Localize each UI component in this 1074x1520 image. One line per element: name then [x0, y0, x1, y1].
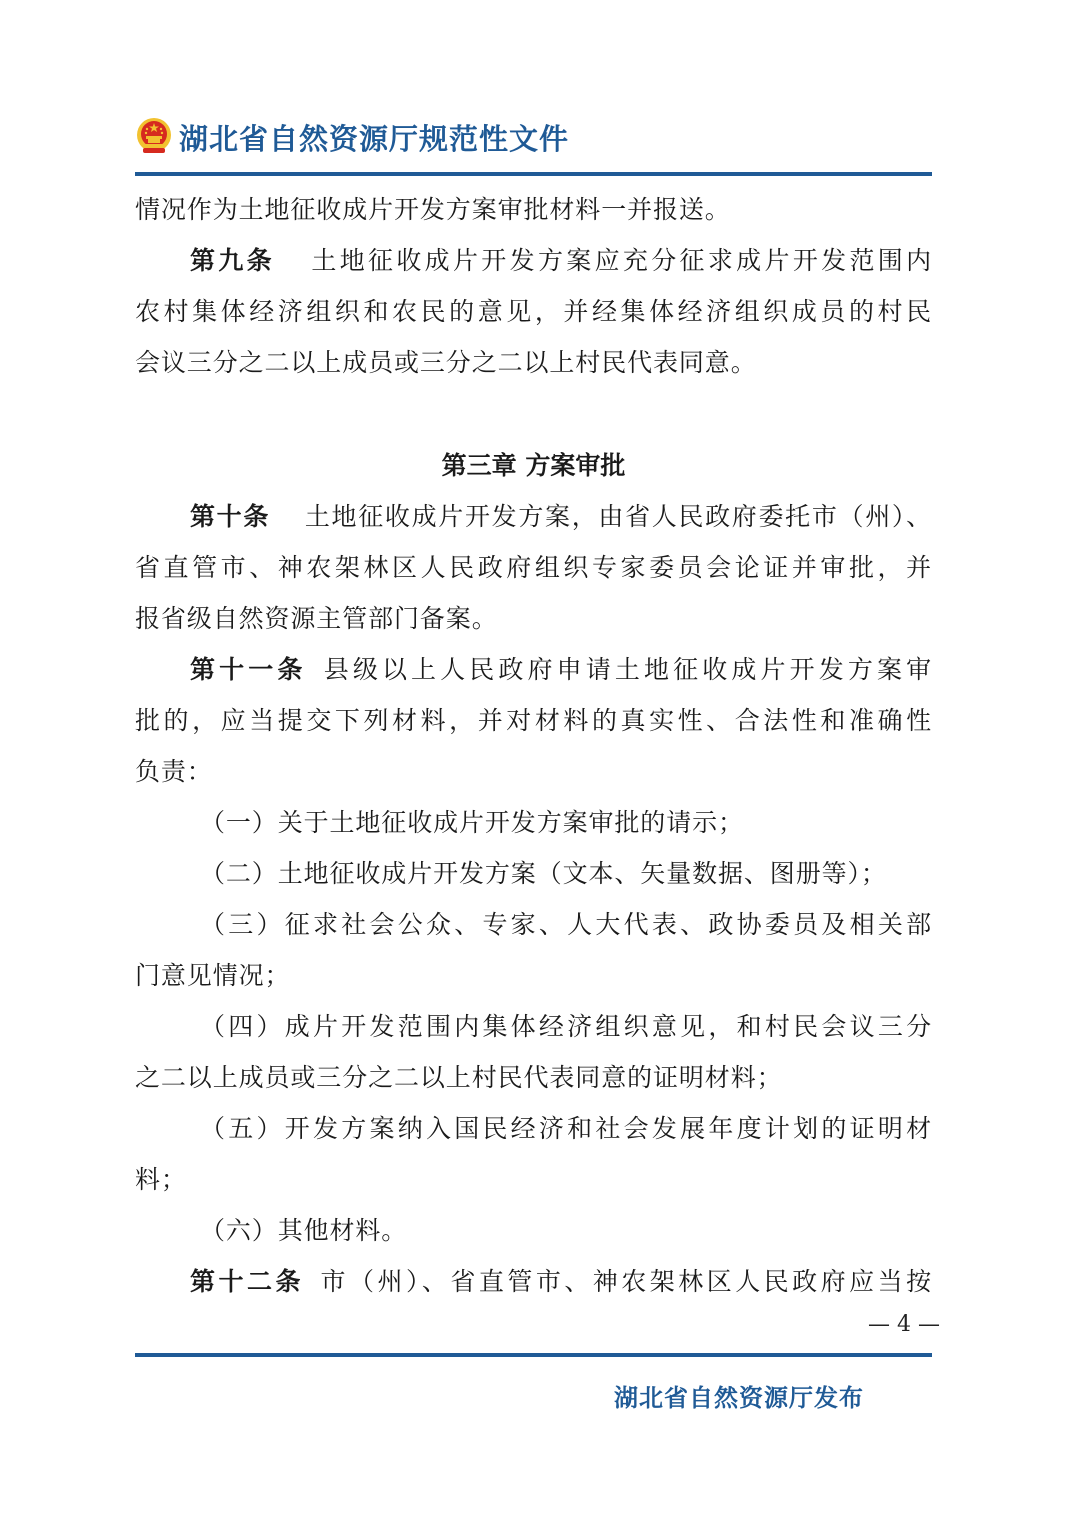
header-divider: [135, 172, 932, 176]
document-header: 湖北省自然资源厅规范性文件: [135, 112, 569, 162]
list-item-5: （五）开发方案纳入国民经济和社会发展年度计划的证明材: [135, 1103, 932, 1154]
article-10-label: 第十条: [190, 502, 270, 531]
article-11-label: 第十一条: [190, 655, 306, 684]
document-series-title: 湖北省自然资源厅规范性文件: [179, 117, 569, 158]
article-12: 第十二条市（州）、省直管市、神农架林区人民政府应当按: [135, 1256, 932, 1307]
article-9-label: 第九条: [190, 246, 275, 275]
list-item-6: （六）其他材料。: [135, 1205, 932, 1256]
article-11: 第十一条县级以上人民政府申请土地征收成片开发方案审: [135, 644, 932, 695]
paragraph-continuation: 情况作为土地征收成片开发方案审批材料一并报送。: [135, 184, 932, 235]
article-10: 第十条土地征收成片开发方案，由省人民政府委托市（州）、: [135, 491, 932, 542]
publisher-label: 湖北省自然资源厅发布: [614, 1378, 864, 1413]
article-9: 第九条土地征收成片开发方案应充分征求成片开发范围内: [135, 235, 932, 286]
national-emblem-icon: [135, 117, 173, 157]
list-item-2: （二）土地征收成片开发方案（文本、矢量数据、图册等）；: [135, 848, 932, 899]
list-item-3: （三）征求社会公众、专家、人大代表、政协委员及相关部: [135, 899, 932, 950]
page-number: — 4 —: [860, 1312, 940, 1337]
list-item-1: （一）关于土地征收成片开发方案审批的请示；: [135, 797, 932, 848]
document-body: 情况作为土地征收成片开发方案审批材料一并报送。 第九条土地征收成片开发方案应充分…: [135, 184, 932, 1307]
chapter-heading: 第三章 方案审批: [135, 440, 932, 491]
article-12-label: 第十二条: [190, 1267, 304, 1296]
footer-divider: [135, 1353, 932, 1357]
list-item-4: （四）成片开发范围内集体经济组织意见，和村民会议三分: [135, 1001, 932, 1052]
